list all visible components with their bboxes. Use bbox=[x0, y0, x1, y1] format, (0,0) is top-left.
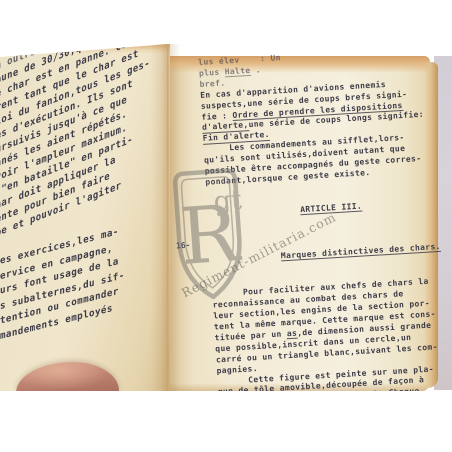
watermark-logo-gt: gt bbox=[213, 185, 243, 218]
article-heading: ARTICLE III. bbox=[268, 187, 423, 229]
photo-bottom-margin bbox=[0, 391, 452, 452]
left-page-lower-text: les exercices,les ma-service en campagne… bbox=[0, 223, 125, 345]
left-page-upper-text: her de char ction. la leuren outre un 2e… bbox=[0, 44, 156, 243]
book-photo: her de char ction. la leuren outre un 2e… bbox=[0, 0, 452, 452]
left-page: her de char ction. la leuren outre un 2e… bbox=[0, 44, 170, 391]
